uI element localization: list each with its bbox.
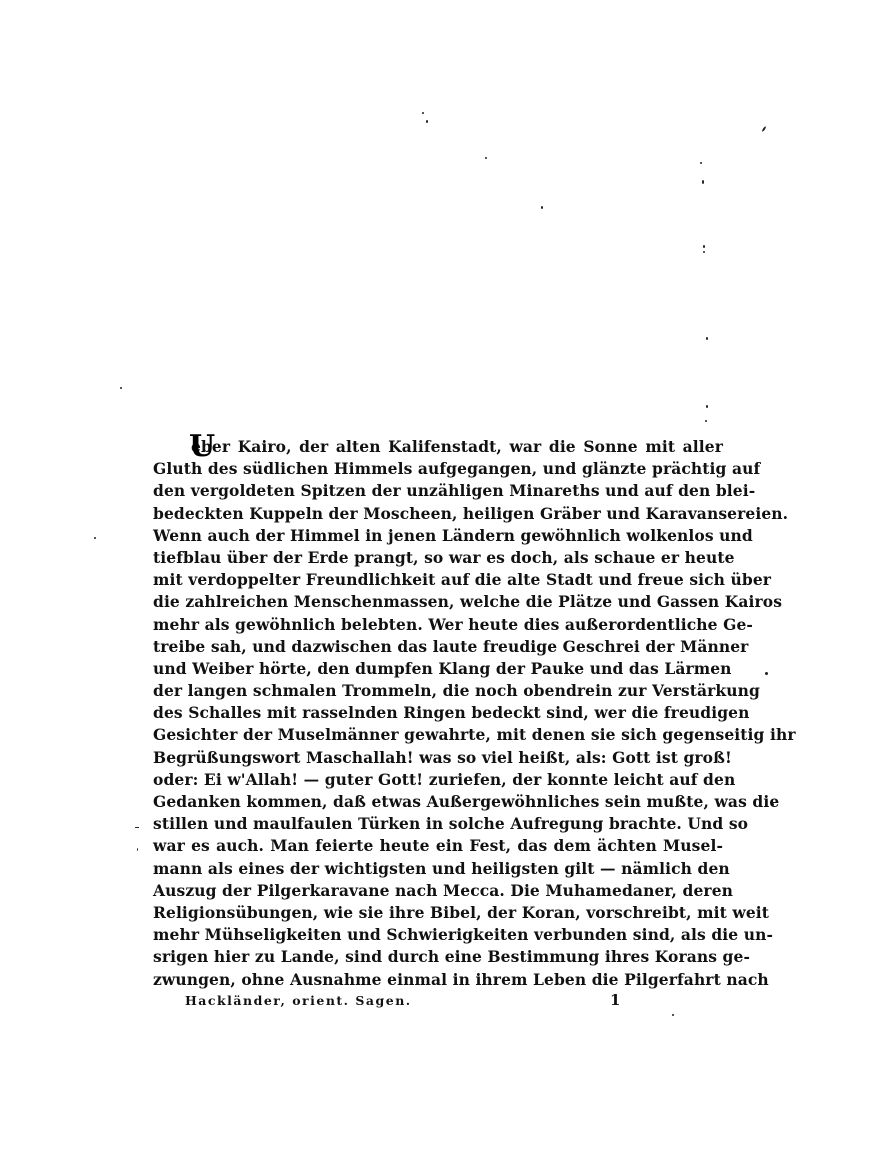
scan-speck [703,251,705,253]
scan-speck [765,672,768,675]
scan-speck [700,162,702,164]
text-line: Auszug der Pilgerkaravane nach Mecca. Di… [153,880,723,902]
text-line: mehr als gewöhnlich belebten. Wer heute … [153,614,723,636]
scan-speck [706,405,708,408]
text-line: und Weiber hörte, den dumpfen Klang der … [153,658,723,680]
text-line: eber Kairo, der alten Kalifenstadt, war … [153,436,723,458]
page-footer: Hackländer, orient. Sagen. 1 [185,993,625,1013]
text-line: bedeckten Kuppeln der Moscheen, heiligen… [153,503,723,525]
text-line: oder: Ei w'Allah! — guter Gott! zuriefen… [153,769,723,791]
text-line: den vergoldeten Spitzen der unzähligen M… [153,480,723,502]
text-line: stillen und maulfaulen Türken in solche … [153,813,723,835]
text-line: Gedanken kommen, daß etwas Außergewöhnli… [153,791,723,813]
book-page: U eber Kairo, der alten Kalifenstadt, wa… [0,0,890,1161]
text-line: die zahlreichen Menschenmassen, welche d… [153,591,723,613]
scan-speck [426,120,428,123]
scan-speck [672,1014,674,1016]
scan-speck [706,337,708,340]
text-line: war es auch. Man feierte heute ein Fest,… [153,835,723,857]
text-line: des Schalles mit rasselnden Ringen bedec… [153,702,723,724]
text-line: tiefblau über der Erde prangt, so war es… [153,547,723,569]
page-number: 1 [610,991,620,1009]
scan-speck [422,112,424,114]
scan-speck [120,387,122,389]
scan-speck [94,537,96,539]
drop-cap: U [189,432,215,462]
text-line: zwungen, ohne Ausnahme einmal in ihrem L… [153,969,723,991]
text-line: Wenn auch der Himmel in jenen Ländern ge… [153,525,723,547]
text-line: mit verdoppelter Freundlichkeit auf die … [153,569,723,591]
scan-speck [705,420,707,422]
scan-speck [485,157,487,159]
scan-speck [703,245,705,248]
text-line: mehr Mühseligkeiten und Schwierigkeiten … [153,924,723,946]
text-line: srigen hier zu Lande, sind durch eine Be… [153,946,723,968]
text-line: Gesichter der Muselmänner gewahrte, mit … [153,724,723,746]
scan-speck [135,827,139,828]
text-line: Gluth des südlichen Himmels aufgegangen,… [153,458,723,480]
scan-speck [761,126,766,132]
text-line: mann als eines der wichtigsten und heili… [153,858,723,880]
scan-speck [137,848,138,851]
footer-signature: Hackländer, orient. Sagen. [185,993,412,1008]
text-line: Begrüßungswort Maschallah! was so viel h… [153,747,723,769]
text-line: der langen schmalen Trommeln, die noch o… [153,680,723,702]
scan-speck [541,206,543,209]
text-line: treibe sah, und dazwischen das laute fre… [153,636,723,658]
body-text: U eber Kairo, der alten Kalifenstadt, wa… [153,436,723,991]
scan-speck [702,180,704,184]
text-line: Religionsübungen, wie sie ihre Bibel, de… [153,902,723,924]
